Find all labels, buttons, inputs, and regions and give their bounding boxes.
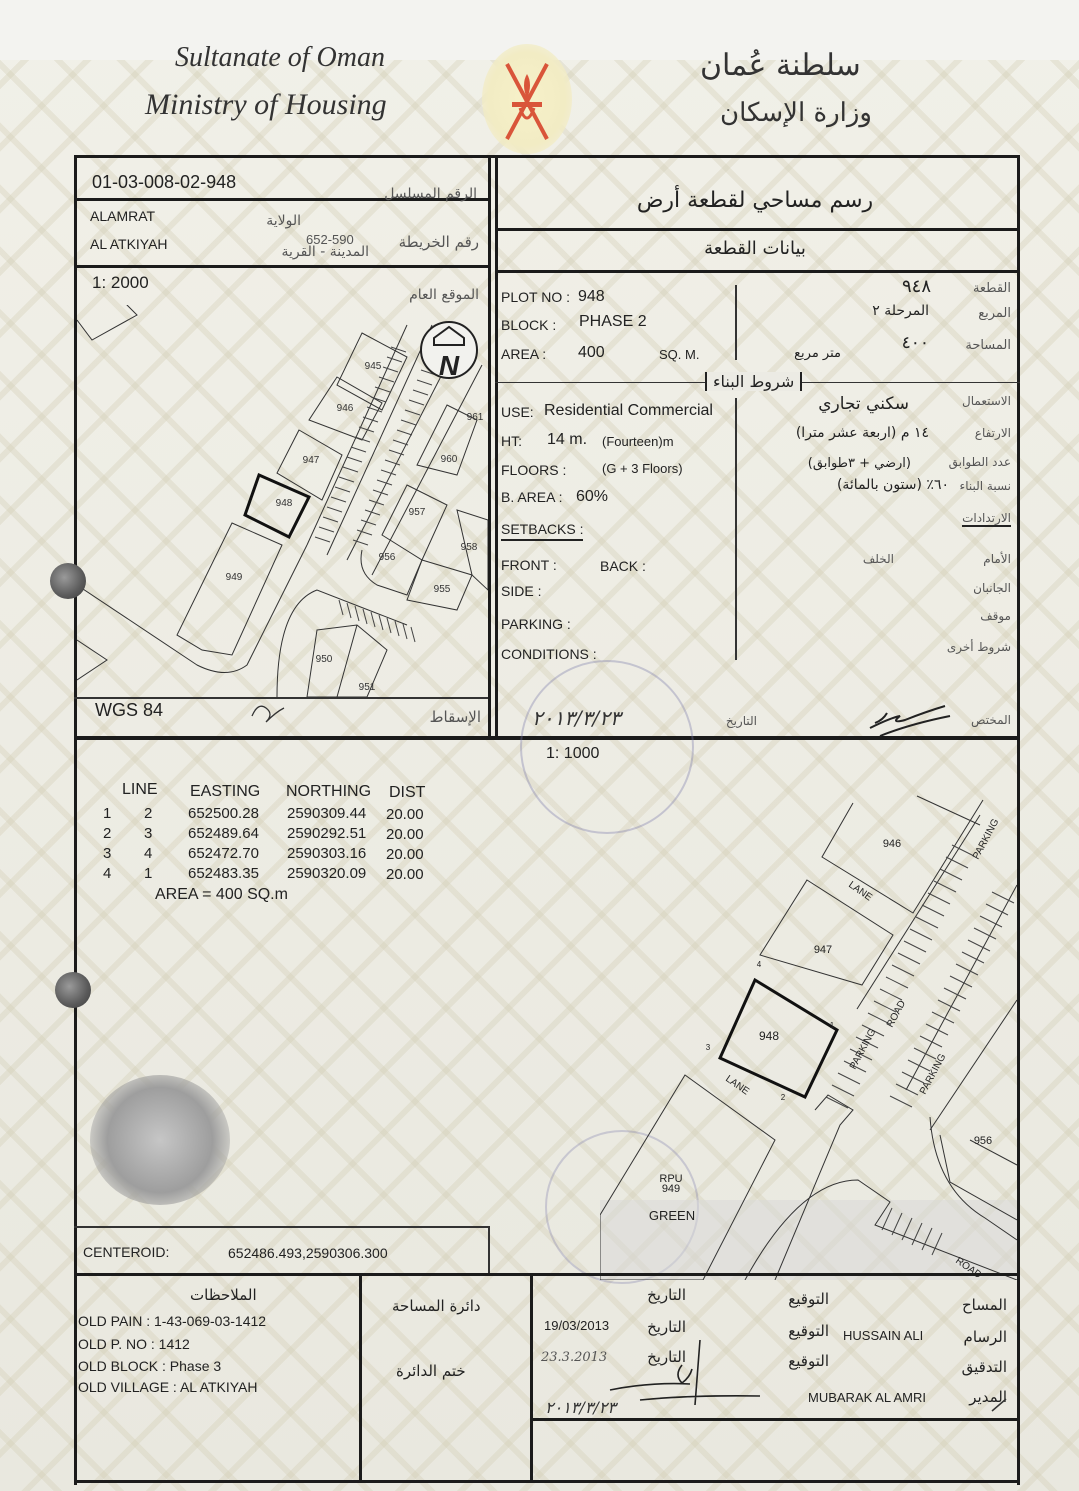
height-value: 14 m. bbox=[547, 431, 587, 449]
row1-easting: 652500.28 bbox=[188, 805, 259, 822]
country-name-en: Sultanate of Oman bbox=[175, 42, 385, 74]
svg-text:956: 956 bbox=[379, 552, 396, 563]
building-area-value: 60% bbox=[576, 488, 608, 506]
col-header-northing: NORTHING bbox=[286, 783, 371, 801]
svg-text:958: 958 bbox=[461, 542, 478, 553]
row1-from: 1 bbox=[103, 805, 111, 822]
draftsman-date: 19/03/2013 bbox=[544, 1318, 609, 1333]
column-divider bbox=[488, 155, 491, 740]
frame-right bbox=[1017, 155, 1020, 1485]
remarks-heading-ar: الملاحظات bbox=[190, 1286, 257, 1304]
col-header-easting: EASTING bbox=[190, 783, 260, 801]
area-unit-ar: متر مربع bbox=[794, 346, 841, 361]
svg-text:947: 947 bbox=[303, 455, 320, 466]
height-label: HT: bbox=[501, 433, 522, 449]
back-label-ar: الخلف bbox=[863, 552, 894, 566]
front-label: FRONT : bbox=[501, 557, 557, 573]
area-value: 400 bbox=[578, 344, 605, 362]
department-stamp-ar: ختم الدائرة bbox=[396, 1362, 466, 1380]
serial-number: 01-03-008-02-948 bbox=[92, 172, 236, 193]
conditions-label-ar: شروط أخرى bbox=[947, 640, 1011, 654]
divider bbox=[735, 285, 737, 360]
check-mark bbox=[990, 1395, 1010, 1415]
building-area-value-ar: ٦٠٪ (ستون بالمائة) bbox=[837, 477, 949, 493]
front-label-ar: الأمام bbox=[983, 552, 1011, 566]
row1-dist: 20.00 bbox=[386, 806, 424, 823]
surveyor-label-ar: المساح bbox=[962, 1296, 1007, 1314]
ministry-name-en: Ministry of Housing bbox=[145, 88, 387, 122]
divider bbox=[488, 1226, 490, 1274]
plot-value-ar: ٩٤٨ bbox=[902, 276, 931, 297]
map-number-label-ar: رقم الخريطة bbox=[399, 233, 479, 251]
embossed-seal bbox=[90, 1075, 230, 1205]
setbacks-label-ar: الارتدادات bbox=[962, 511, 1011, 527]
block-label-ar: المربع bbox=[978, 306, 1011, 321]
old-village: OLD VILLAGE : AL ATKIYAH bbox=[78, 1379, 257, 1395]
height-value-ar: ١٤ م (اربعة عشر مترا) bbox=[796, 425, 929, 441]
row1-northing: 2590309.44 bbox=[287, 805, 366, 822]
area-summary: AREA = 400 SQ.m bbox=[155, 886, 288, 904]
floors-value: (G + 3 Floors) bbox=[602, 461, 683, 476]
surveyor-signature-label-ar: التوقيع bbox=[788, 1290, 829, 1308]
svg-text:LANE: LANE bbox=[846, 879, 874, 903]
location-label-ar: الموقع العام bbox=[409, 287, 479, 303]
location-map[interactable]: N 945 946 947 948 949 950 951 955 956 95… bbox=[77, 305, 488, 697]
draftsman-name: HUSSAIN ALI bbox=[843, 1328, 923, 1343]
row4-from: 4 bbox=[103, 865, 111, 882]
use-value-ar: سكني تجاري bbox=[818, 394, 909, 414]
official-signature bbox=[860, 698, 970, 743]
row4-easting: 652483.35 bbox=[188, 865, 259, 882]
detail-map-scale: 1: 1000 bbox=[546, 745, 599, 763]
village-value: AL ATKIYAH bbox=[90, 236, 168, 252]
svg-text:948: 948 bbox=[276, 498, 293, 509]
svg-text:946: 946 bbox=[337, 403, 354, 414]
area-label: AREA : bbox=[501, 346, 546, 362]
parking-label-ar: موقف bbox=[980, 609, 1011, 623]
svg-text:951: 951 bbox=[359, 682, 376, 693]
floors-label: FLOORS : bbox=[501, 462, 566, 478]
row3-dist: 20.00 bbox=[386, 846, 424, 863]
svg-text:948: 948 bbox=[759, 1029, 779, 1043]
draftsman-date-label-ar: التاريخ bbox=[647, 1318, 686, 1336]
height-words: (Fourteen)m bbox=[602, 434, 674, 449]
divider bbox=[74, 1226, 489, 1228]
checker-label-ar: التدقيق bbox=[962, 1358, 1007, 1376]
area-label-ar: المساحة bbox=[965, 338, 1011, 353]
official-label-ar: المختص bbox=[971, 713, 1011, 727]
row3-easting: 652472.70 bbox=[188, 845, 259, 862]
oman-emblem-icon bbox=[482, 44, 572, 154]
frame-bottom bbox=[74, 1480, 1020, 1483]
svg-text:956: 956 bbox=[974, 1135, 992, 1147]
svg-text:960: 960 bbox=[441, 454, 458, 465]
row2-northing: 2590292.51 bbox=[287, 825, 366, 842]
ministry-name-ar: وزارة الإسكان bbox=[720, 98, 872, 128]
svg-text:N: N bbox=[439, 350, 460, 381]
row2-dist: 20.00 bbox=[386, 826, 424, 843]
row3-to: 4 bbox=[144, 845, 152, 862]
row2-to: 3 bbox=[144, 825, 152, 842]
svg-text:4: 4 bbox=[757, 960, 762, 969]
column-divider bbox=[530, 1276, 533, 1481]
block-value-ar: المرحلة ٢ bbox=[872, 303, 929, 319]
wilayat-value: ALAMRAT bbox=[90, 208, 155, 224]
divider bbox=[533, 1418, 1020, 1421]
height-label-ar: الارتفاع bbox=[975, 426, 1011, 440]
back-label: BACK : bbox=[600, 558, 646, 574]
divider bbox=[735, 398, 737, 660]
svg-text:950: 950 bbox=[316, 654, 333, 665]
wilayat-label-ar: الولاية bbox=[266, 213, 301, 229]
surveyor-date-label-ar: التاريخ bbox=[647, 1286, 686, 1304]
parking-label: PARKING : bbox=[501, 616, 571, 632]
date-label-ar: التاريخ bbox=[726, 714, 757, 728]
row4-northing: 2590320.09 bbox=[287, 865, 366, 882]
punch-hole bbox=[50, 563, 86, 599]
section-divider bbox=[74, 1273, 1020, 1276]
projection-value: WGS 84 bbox=[95, 700, 163, 721]
svg-text:961: 961 bbox=[467, 412, 484, 423]
svg-text:2: 2 bbox=[781, 1093, 786, 1102]
svg-text:957: 957 bbox=[409, 507, 426, 518]
country-name-ar: سلطنة عُمان bbox=[700, 48, 861, 83]
row4-to: 1 bbox=[144, 865, 152, 882]
svg-text:949: 949 bbox=[662, 1183, 680, 1195]
col-header-line: LINE bbox=[122, 781, 158, 799]
row4-dist: 20.00 bbox=[386, 866, 424, 883]
survey-department-ar: دائرة المساحة bbox=[392, 1297, 481, 1315]
serial-label-ar: الرقم المسلسل bbox=[384, 186, 477, 202]
svg-text:GREEN: GREEN bbox=[649, 1208, 695, 1223]
col-header-dist: DIST bbox=[389, 784, 425, 802]
centroid-label: CENTEROID: bbox=[83, 1244, 169, 1260]
initial-signature bbox=[248, 698, 288, 726]
plot-data-heading-ar: بيانات القطعة bbox=[570, 238, 940, 259]
area-value-ar: ٤٠٠ bbox=[902, 333, 929, 353]
svg-text:1: 1 bbox=[830, 1021, 835, 1030]
divider bbox=[74, 265, 489, 268]
svg-text:947: 947 bbox=[814, 944, 832, 956]
column-divider bbox=[495, 155, 498, 740]
row1-to: 2 bbox=[144, 805, 152, 822]
building-area-label: B. AREA : bbox=[501, 489, 562, 505]
checker-date-handwritten: 23.3.2013 bbox=[541, 1350, 607, 1365]
side-label-ar: الجانبان bbox=[973, 581, 1011, 595]
director-name: MUBARAK AL AMRI bbox=[808, 1390, 926, 1405]
svg-text:PARKING: PARKING bbox=[971, 817, 1002, 861]
divider bbox=[495, 270, 1020, 273]
svg-text:945: 945 bbox=[365, 361, 382, 372]
svg-text:ROAD: ROAD bbox=[885, 999, 908, 1030]
row2-easting: 652489.64 bbox=[188, 825, 259, 842]
building-area-label-ar: نسبة البناء bbox=[960, 479, 1011, 493]
building-conditions-heading-ar: شروط البناء bbox=[705, 372, 802, 391]
divider bbox=[495, 228, 1020, 231]
projection-label-ar: الإسقاط bbox=[430, 708, 481, 726]
block-value: PHASE 2 bbox=[579, 313, 647, 331]
village-label-ar: المدينة - القرية bbox=[281, 244, 369, 260]
floors-value-ar: (ارضي + ٣طوابق) bbox=[808, 456, 911, 471]
location-map-scale: 1: 2000 bbox=[92, 273, 149, 293]
svg-text:PARKING: PARKING bbox=[848, 1027, 879, 1071]
floors-label-ar: عدد الطوابق bbox=[949, 455, 1011, 469]
svg-text:946: 946 bbox=[883, 838, 901, 850]
old-block: OLD BLOCK : Phase 3 bbox=[78, 1358, 221, 1374]
document-title-ar: رسم مساحي لقطعة أرض bbox=[570, 188, 940, 213]
column-divider bbox=[359, 1276, 362, 1481]
draftsman-label-ar: الرسام bbox=[964, 1328, 1007, 1346]
block-label: BLOCK : bbox=[501, 317, 556, 333]
frame-top bbox=[74, 155, 1020, 158]
punch-hole bbox=[55, 972, 91, 1008]
old-plot-no: OLD P. NO : 1412 bbox=[78, 1336, 190, 1352]
side-label: SIDE : bbox=[501, 583, 541, 599]
svg-text:955: 955 bbox=[434, 584, 451, 595]
use-label-ar: الاستعمال bbox=[962, 394, 1011, 408]
conditions-label: CONDITIONS : bbox=[501, 646, 597, 662]
svg-text:LANE: LANE bbox=[723, 1073, 751, 1097]
svg-text:3: 3 bbox=[706, 1043, 711, 1052]
use-label: USE: bbox=[501, 404, 534, 420]
checker-signature bbox=[600, 1335, 800, 1415]
old-pain: OLD PAIN : 1-43-069-03-1412 bbox=[78, 1313, 266, 1329]
plot-label-ar: القطعة bbox=[973, 281, 1011, 296]
detail-map[interactable]: 946 947 948 956 RPU 949 GREEN 4 1 3 2 LA… bbox=[600, 770, 1017, 1280]
svg-text:949: 949 bbox=[226, 572, 243, 583]
row3-from: 3 bbox=[103, 845, 111, 862]
row2-from: 2 bbox=[103, 825, 111, 842]
row3-northing: 2590303.16 bbox=[287, 845, 366, 862]
centroid-value: 652486.493,2590306.300 bbox=[228, 1245, 388, 1261]
use-value: Residential Commercial bbox=[544, 402, 713, 420]
plot-no-label: PLOT NO : bbox=[501, 289, 570, 305]
plot-no-value: 948 bbox=[578, 288, 605, 306]
area-unit: SQ. M. bbox=[659, 347, 699, 362]
setbacks-label: SETBACKS : bbox=[501, 521, 583, 541]
